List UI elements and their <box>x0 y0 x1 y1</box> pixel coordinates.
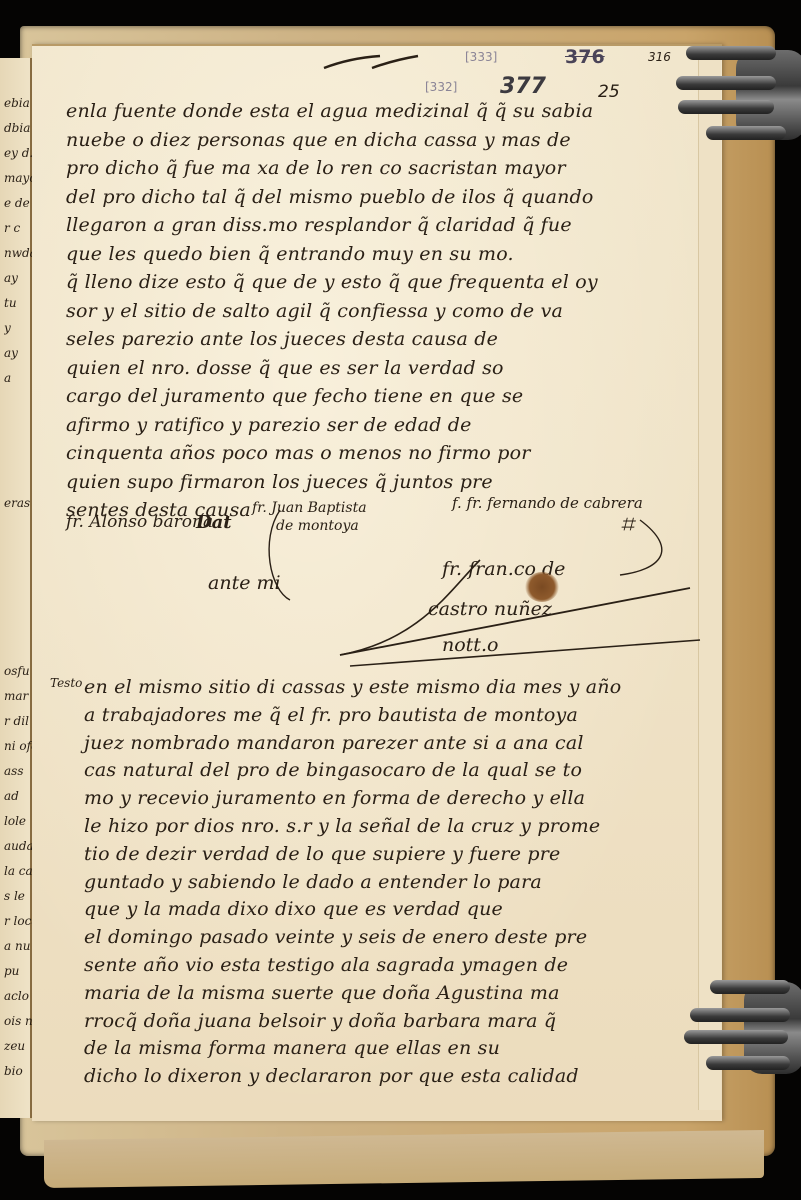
manuscript-line: rrocq̃ doña juana belsoir y doña barbara… <box>84 1010 556 1032</box>
manuscript-line: mo y recevio juramento en forma de derec… <box>84 787 585 809</box>
facing-page-fragment: ass <box>4 760 32 782</box>
signature-rubric-1: Dat <box>196 512 232 533</box>
facing-page-fragment: ni ofe <box>4 735 32 757</box>
manuscript-line: guntado y sabiendo le dado a entender lo… <box>84 871 542 893</box>
folio-number-right: 316 <box>648 50 671 64</box>
manuscript-line: enla fuente donde esta el agua medizinal… <box>66 100 593 122</box>
signature-alonso-barona: fr. Alonso barona <box>66 512 213 532</box>
manuscript-line: a trabajadores me q̃ el fr. pro bautista… <box>84 704 578 726</box>
facing-page-fragment: pu <box>4 960 32 982</box>
facing-page-fragment: mar <box>4 685 32 707</box>
facing-page-fragment: ebia <box>4 92 32 114</box>
book-weight-bottom-icon <box>684 974 801 1086</box>
facing-page-fragment: mayo <box>4 167 32 189</box>
manuscript-line: pro dicho q̃ fue ma xa de lo ren co sacr… <box>66 157 566 179</box>
facing-page-fragment: a <box>4 367 32 389</box>
facing-page-fragment: ad <box>4 785 32 807</box>
manuscript-line: tio de dezir verdad de lo que supiere y … <box>84 843 560 865</box>
facing-page-fragment: r dil <box>4 710 32 732</box>
manuscript-line: que y la mada dixo dixo que es verdad qu… <box>84 898 503 920</box>
facing-page-fragment: ois no <box>4 1010 32 1032</box>
manuscript-line: sor y el sitio de salto agil q̃ confiess… <box>66 300 563 322</box>
facing-page-fragment: auda <box>4 835 32 857</box>
manuscript-line: maria de la misma suerte que doña Agusti… <box>84 982 560 1004</box>
signature-flourishes <box>250 500 710 670</box>
manuscript-line: cinquenta años poco mas o menos no firmo… <box>66 442 531 464</box>
vellum-binding-bottom-edge <box>44 1130 764 1188</box>
facing-page-fragment: dbia <box>4 117 32 139</box>
folio-number-1: 376 <box>565 46 605 68</box>
facing-page-fragment: r c <box>4 217 32 239</box>
facing-page-fragment: ey d. <box>4 142 32 164</box>
manuscript-line: juez nombrado mandaron parezer ante si a… <box>84 732 584 754</box>
facing-page-fragment: eras <box>4 492 32 514</box>
facing-page-fragment: s le <box>4 885 32 907</box>
flourish-stroke <box>320 48 420 72</box>
manuscript-line: cargo del juramento que fecho tiene en q… <box>66 385 523 407</box>
manuscript-line: quien el nro. dosse q̃ que es ser la ver… <box>66 357 504 379</box>
manuscript-line: nuebe o diez personas que en dicha cassa… <box>66 129 571 151</box>
brown-stain <box>525 572 559 602</box>
margin-note: Testo <box>50 676 82 690</box>
manuscript-line: el domingo pasado veinte y seis de enero… <box>84 926 587 948</box>
facing-page-fragment: nwda <box>4 242 32 264</box>
manuscript-line: cas natural del pro de bingasocaro de la… <box>84 759 582 781</box>
facing-page-fragment: la ca <box>4 860 32 882</box>
facing-page-fragment: tu <box>4 292 32 314</box>
manuscript-line: de la misma forma manera que ellas en su <box>84 1037 500 1059</box>
manuscript-line: le hizo por dios nro. s.r y la señal de … <box>84 815 600 837</box>
manuscript-line: del pro dicho tal q̃ del mismo pueblo de… <box>66 186 594 208</box>
facing-page-fragment: ay <box>4 267 32 289</box>
manuscript-line: q̃ lleno dize esto q̃ que de y esto q̃ q… <box>66 271 598 293</box>
facing-page-fragment: bio <box>4 1060 32 1082</box>
facing-page-fragment: lole <box>4 810 32 832</box>
facing-page-fragment: e de <box>4 192 32 214</box>
manuscript-line: sente año vio esta testigo ala sagrada y… <box>84 954 568 976</box>
manuscript-line: que les quedo bien q̃ entrando muy en su… <box>66 243 514 265</box>
facing-page-fragment: osfu <box>4 660 32 682</box>
facing-page-fragment: r loca <box>4 910 32 932</box>
manuscript-line: dicho lo dixeron y declararon por que es… <box>84 1065 579 1087</box>
manuscript-line: llegaron a gran diss.mo resplandor q̃ cl… <box>66 214 572 236</box>
manuscript-line: seles parezio ante los jueces desta caus… <box>66 328 498 350</box>
manuscript-line: en el mismo sitio di cassas y este mismo… <box>84 676 621 698</box>
manuscript-line: afirmo y ratifico y parezio ser de edad … <box>66 414 472 436</box>
facing-page-fragment: ay <box>4 342 32 364</box>
archive-stamp-2: [332] <box>425 80 457 94</box>
archive-stamp-1: [333] <box>465 50 497 64</box>
folio-number-3: 25 <box>598 82 620 102</box>
folio-number-2: 377 <box>500 74 546 99</box>
facing-page-fragment: aclo <box>4 985 32 1007</box>
facing-page-fragment: y <box>4 317 32 339</box>
facing-page-fragment: zeu <box>4 1035 32 1057</box>
facing-page-fragment: a nu <box>4 935 32 957</box>
manuscript-line: quien supo firmaron los jueces q̃ juntos… <box>66 471 493 493</box>
book-weight-top-icon <box>676 40 801 150</box>
